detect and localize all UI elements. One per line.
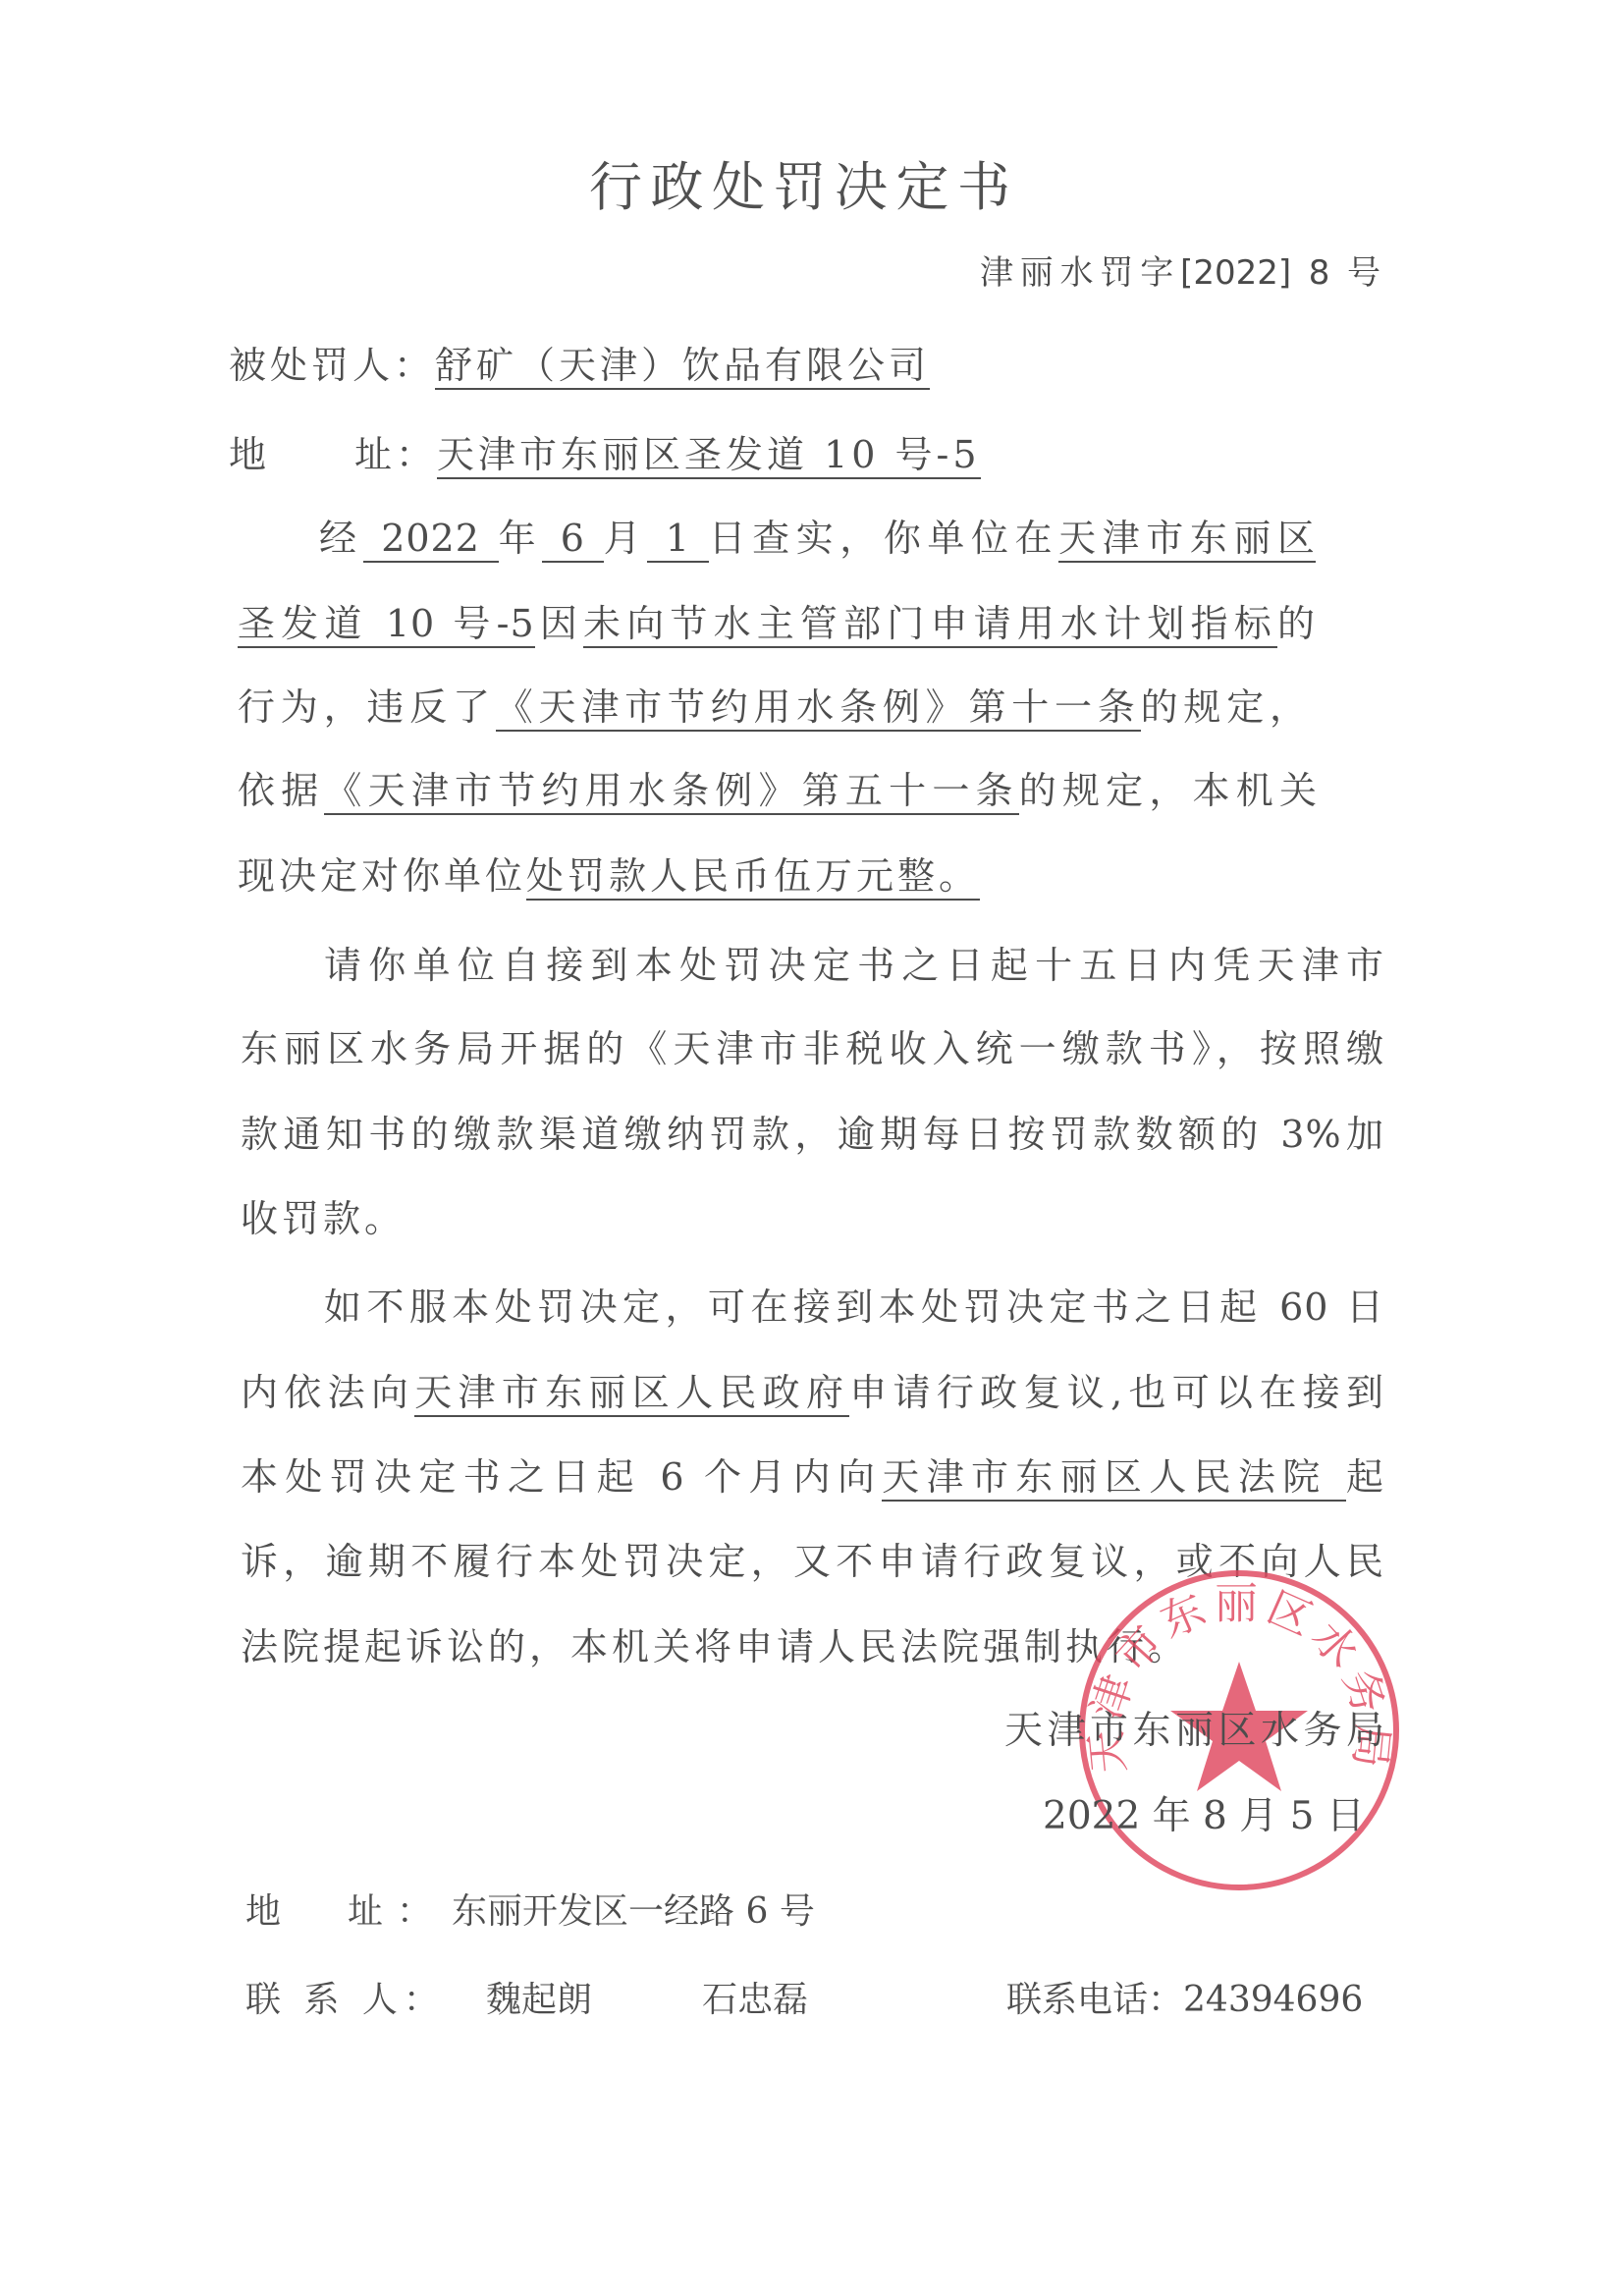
para3-line-2: 内依法向天津市东丽区人民政府申请行政复议,也可以在接到 [241, 1368, 1384, 1417]
footer-contacts: 联 系 人：魏起朗石忠磊联系电话：24394696 [245, 1977, 1389, 2024]
footer-address: 地址：东丽开发区一经路 6 号 [245, 1888, 933, 1936]
inspection-day: 1 [647, 517, 708, 563]
violation-reason: 未向节水主管部门申请用水计划指标 [583, 602, 1277, 648]
phone-number: 24394696 [1183, 1980, 1363, 2020]
footer-address-label-2: 址 [348, 1891, 383, 1932]
issue-date: 2022 年 8 月 5 日 [1043, 1792, 1347, 1841]
inspection-year: 2022 [363, 517, 499, 563]
court-name: 天津市东丽区人民法院 [882, 1455, 1346, 1502]
text: 依据 [238, 769, 324, 812]
text: 经 [319, 517, 363, 560]
text: 起 [1346, 1455, 1384, 1499]
text: 年 [499, 517, 543, 560]
text: 的规定，本机关 [1019, 769, 1318, 812]
text: 申请行政复议,也可以在接到 [849, 1371, 1384, 1414]
party-line: 被处罚人：舒矿（天津）饮品有限公司 [229, 341, 975, 390]
violated-law: 《天津市节约用水条例》第十一条 [496, 685, 1141, 732]
text: 月 [604, 517, 648, 560]
para3-line-3: 本处罚决定书之日起 6 个月内向天津市东丽区人民法院 起 [241, 1452, 1384, 1502]
basis-law: 《天津市节约用水条例》第五十一条 [324, 769, 1018, 815]
address-line: 地址：天津市东丽区圣发道 10 号-5 [229, 430, 985, 479]
document-number: 津丽水罚字[2022] 8 号 [980, 251, 1380, 295]
para1-line-5: 现决定对你单位处罚款人民币伍万元整。 [238, 851, 1023, 901]
para3-line-1: 如不服本处罚决定，可在接到本处罚决定书之日起 60 日 [324, 1283, 1384, 1332]
inspection-month: 6 [542, 517, 603, 563]
text: 日查实，你单位在 [709, 517, 1059, 560]
violation-place-cont: 圣发道 10 号-5 [238, 602, 535, 648]
para2-line-2: 东丽区水务局开据的《天津市非税收入统一缴款书》，按照缴 [241, 1024, 1384, 1073]
review-authority: 天津市东丽区人民政府 [414, 1371, 849, 1417]
violation-place: 天津市东丽区 [1058, 517, 1316, 563]
text: 的规定， [1141, 685, 1308, 729]
address-value: 天津市东丽区圣发道 10 号-5 [437, 433, 981, 479]
para1-line-1: 经 2022 年 6 月 1 日查实，你单位在天津市东丽区 [319, 514, 1316, 563]
para1-line-2: 圣发道 10 号-5因未向节水主管部门申请用水计划指标的 [238, 599, 1316, 648]
text: 行为，违反了 [238, 685, 496, 729]
para1-line-4: 依据《天津市节约用水条例》第五十一条的规定，本机关 [238, 766, 1318, 815]
address-label-2: 址： [354, 433, 437, 476]
contact-person-2: 石忠磊 [702, 1977, 1006, 2024]
penalty-amount: 处罚款人民币伍万元整。 [526, 854, 980, 901]
footer-address-value: 东丽开发区一经路 6 号 [452, 1891, 815, 1932]
text: 内依法向 [241, 1371, 414, 1414]
para2-line-3: 款通知书的缴款渠道缴纳罚款，逾期每日按罚款数额的 3%加 [241, 1110, 1384, 1159]
text: 的 [1277, 602, 1316, 645]
text: 因 [535, 602, 583, 645]
para1-line-3: 行为，违反了《天津市节约用水条例》第十一条的规定， [238, 683, 1308, 732]
para2-line-1: 请你单位自接到本处罚决定书之日起十五日内凭天津市 [324, 941, 1384, 990]
text: 本处罚决定书之日起 6 个月内向 [241, 1455, 882, 1499]
party-label: 被处罚人： [229, 344, 435, 387]
footer-colon: ： [397, 1891, 432, 1932]
document-title: 行政处罚决定书 [589, 155, 1016, 220]
text: 现决定对你单位 [238, 854, 526, 898]
contact-label: 联 系 人： [245, 1977, 486, 2024]
para2-line-4: 收罚款。 [241, 1194, 437, 1243]
phone-label: 联系电话： [1006, 1980, 1183, 2020]
address-label-1: 地 [229, 433, 270, 476]
party-name: 舒矿（天津）饮品有限公司 [435, 344, 930, 390]
footer-address-label-1: 地 [245, 1891, 281, 1932]
contact-person-1: 魏起朗 [486, 1977, 702, 2024]
issuing-authority: 天津市东丽区水务局 [1004, 1707, 1385, 1756]
